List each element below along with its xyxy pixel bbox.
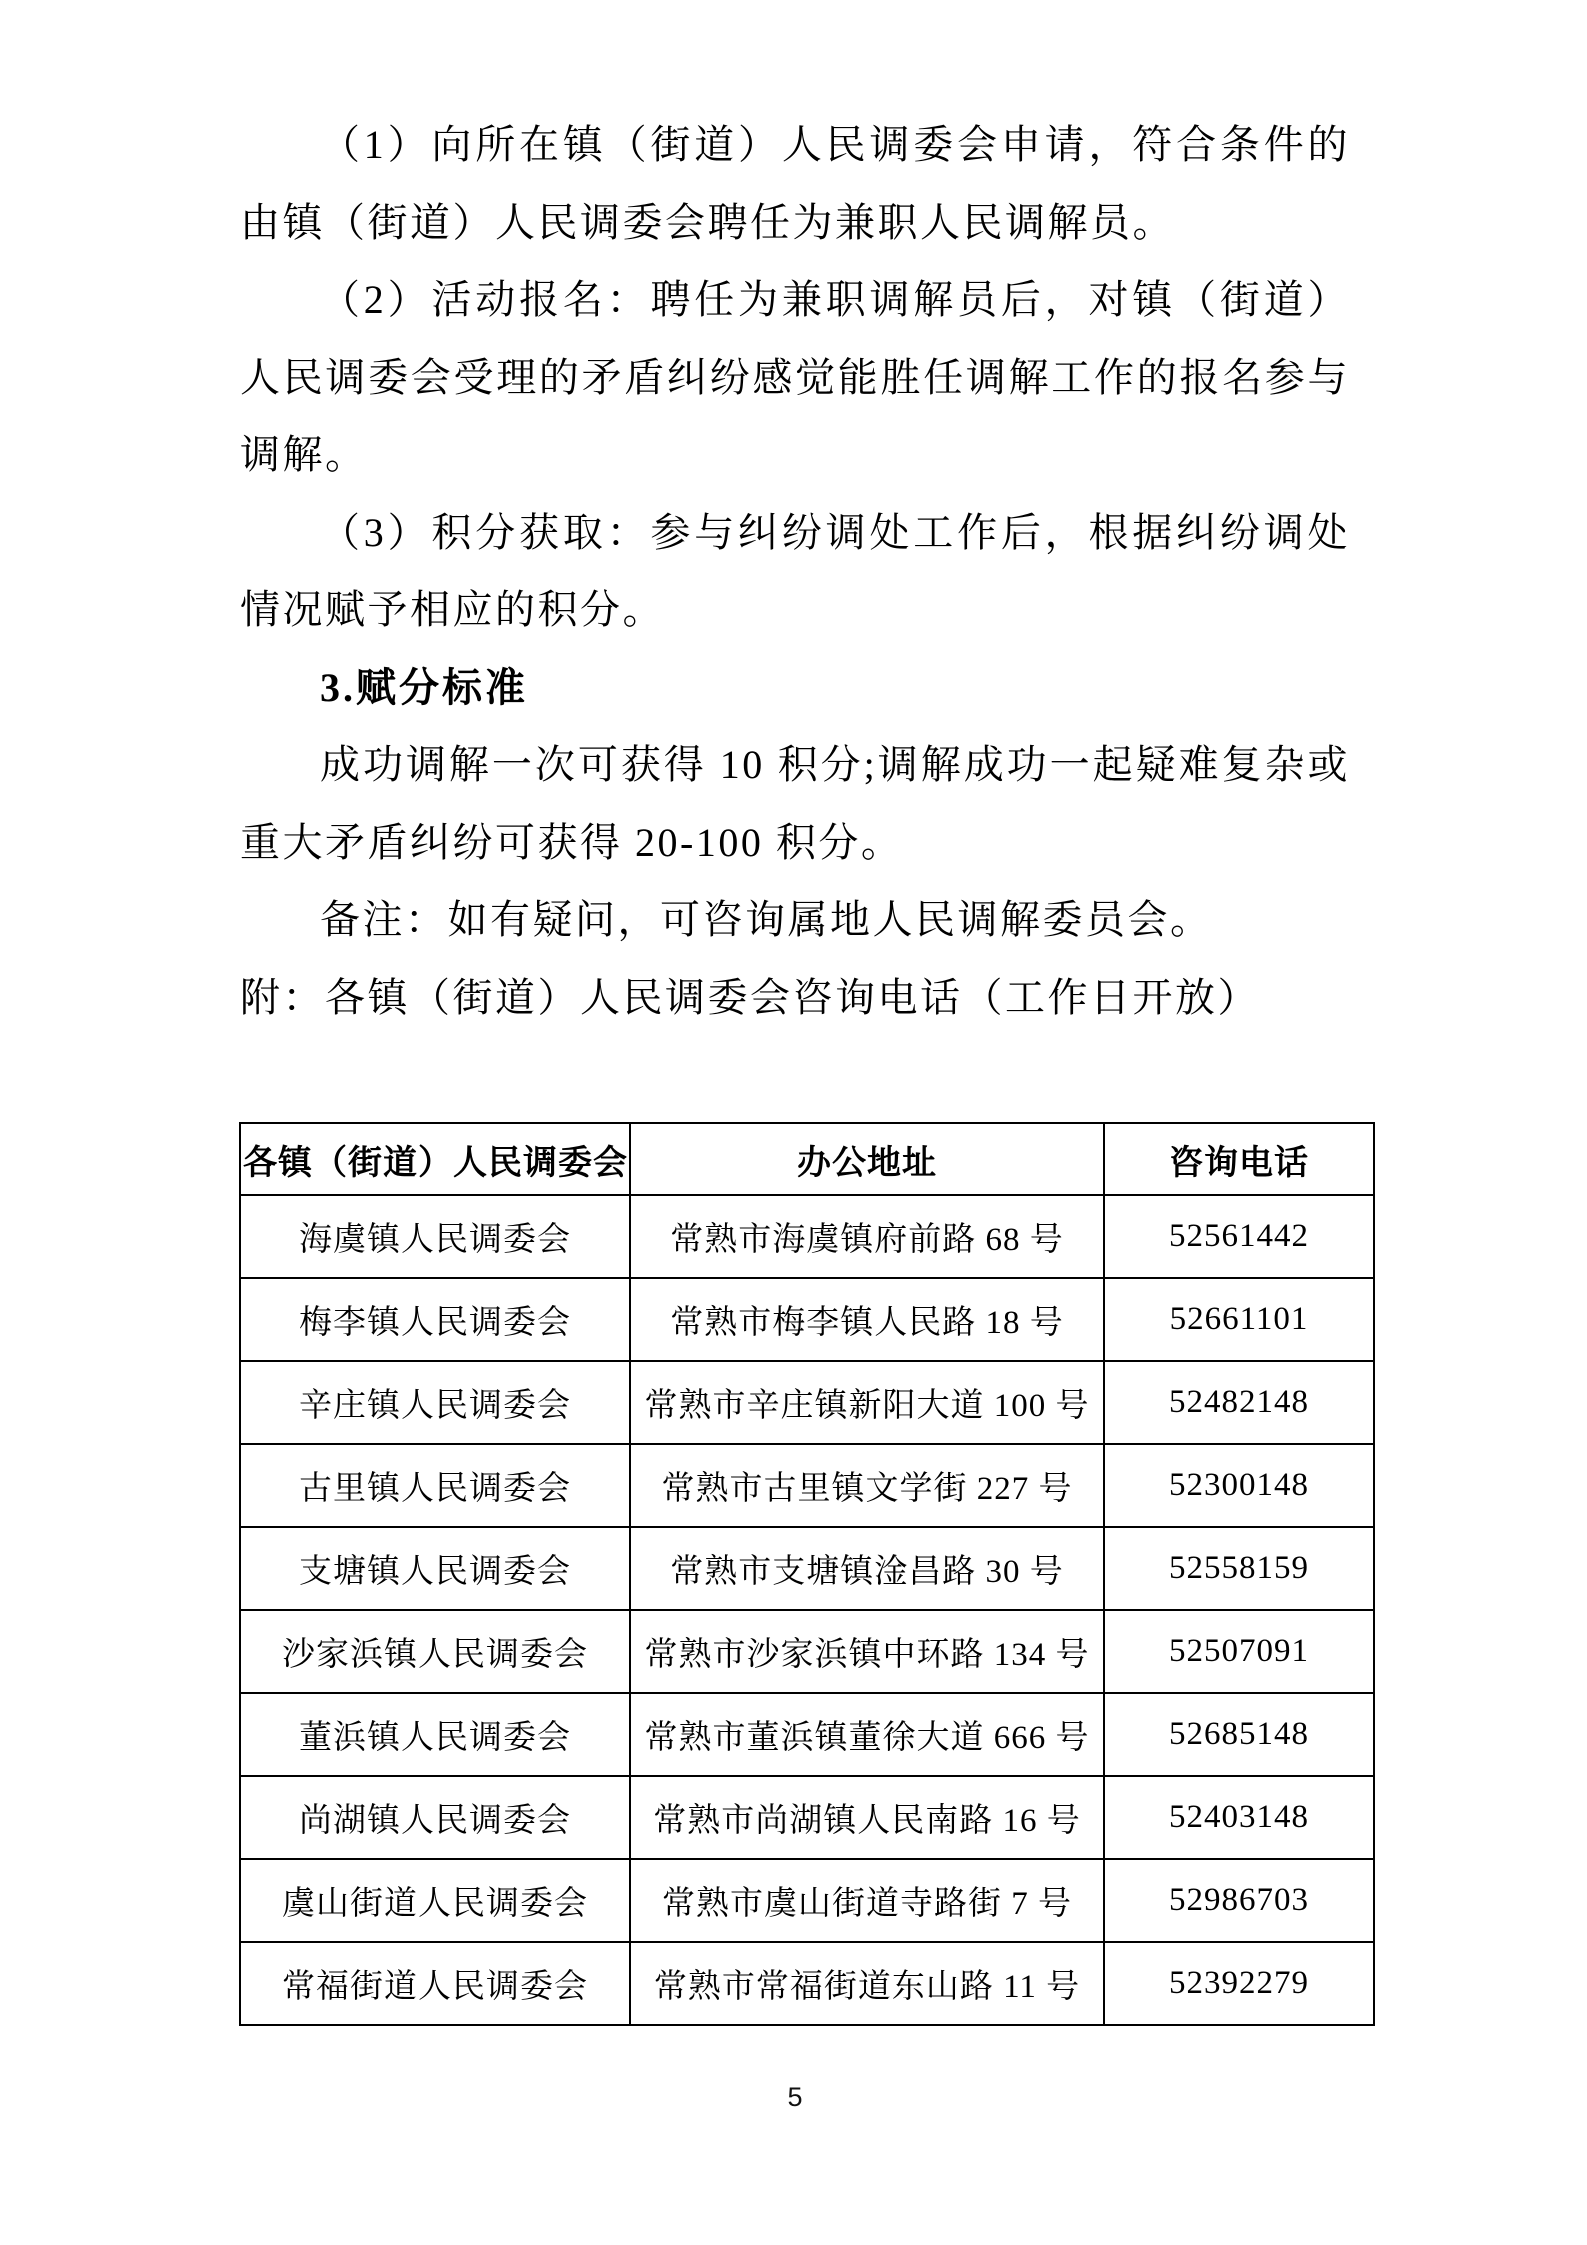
address-cell: 常熟市虞山街道寺路街 7 号 [630,1859,1104,1942]
committee-cell: 常福街道人民调委会 [240,1942,630,2025]
committee-cell: 沙家浜镇人民调委会 [240,1610,630,1693]
address-cell: 常熟市古里镇文学街 227 号 [630,1444,1104,1527]
paragraph: （3）积分获取：参与纠纷调处工作后，根据纠纷调处情况赋予相应的积分。 [240,494,1350,649]
table-row: 沙家浜镇人民调委会常熟市沙家浜镇中环路 134 号52507091 [240,1610,1374,1693]
table-row: 古里镇人民调委会常熟市古里镇文学街 227 号52300148 [240,1444,1374,1527]
address-cell: 常熟市支塘镇淦昌路 30 号 [630,1527,1104,1610]
table-row: 辛庄镇人民调委会常熟市辛庄镇新阳大道 100 号52482148 [240,1361,1374,1444]
committee-cell: 梅李镇人民调委会 [240,1278,630,1361]
paragraph: （2）活动报名：聘任为兼职调解员后，对镇（街道）人民调委会受理的矛盾纠纷感觉能胜… [240,261,1350,494]
committee-cell: 辛庄镇人民调委会 [240,1361,630,1444]
phone-cell: 52482148 [1104,1361,1374,1444]
table-row: 尚湖镇人民调委会常熟市尚湖镇人民南路 16 号52403148 [240,1776,1374,1859]
committee-cell: 尚湖镇人民调委会 [240,1776,630,1859]
table-header-row: 各镇（街道）人民调委会办公地址咨询电话 [240,1123,1374,1195]
paragraph: 成功调解一次可获得 10 积分;调解成功一起疑难复杂或重大矛盾纠纷可获得 20-… [240,726,1350,881]
column-header: 咨询电话 [1104,1123,1374,1195]
phone-cell: 52561442 [1104,1195,1374,1278]
address-cell: 常熟市辛庄镇新阳大道 100 号 [630,1361,1104,1444]
section-heading: 3.赋分标准 [240,649,1350,727]
committee-cell: 支塘镇人民调委会 [240,1527,630,1610]
phone-cell: 52507091 [1104,1610,1374,1693]
paragraph: （1）向所在镇（街道）人民调委会申请，符合条件的由镇（街道）人民调委会聘任为兼职… [240,106,1350,261]
table-row: 常福街道人民调委会常熟市常福街道东山路 11 号52392279 [240,1942,1374,2025]
address-cell: 常熟市常福街道东山路 11 号 [630,1942,1104,2025]
committee-cell: 海虞镇人民调委会 [240,1195,630,1278]
paragraph: 附：各镇（街道）人民调委会咨询电话（工作日开放） [240,959,1350,1037]
phone-cell: 52685148 [1104,1693,1374,1776]
contact-table: 各镇（街道）人民调委会办公地址咨询电话 海虞镇人民调委会常熟市海虞镇府前路 68… [239,1122,1375,2026]
page-number: 5 [240,2082,1350,2113]
table-row: 海虞镇人民调委会常熟市海虞镇府前路 68 号52561442 [240,1195,1374,1278]
phone-cell: 52986703 [1104,1859,1374,1942]
table-row: 董浜镇人民调委会常熟市董浜镇董徐大道 666 号52685148 [240,1693,1374,1776]
paragraph: 备注：如有疑问，可咨询属地人民调解委员会。 [240,881,1350,959]
document-page: （1）向所在镇（街道）人民调委会申请，符合条件的由镇（街道）人民调委会聘任为兼职… [0,0,1587,2245]
phone-cell: 52403148 [1104,1776,1374,1859]
address-cell: 常熟市海虞镇府前路 68 号 [630,1195,1104,1278]
phone-cell: 52661101 [1104,1278,1374,1361]
phone-cell: 52300148 [1104,1444,1374,1527]
address-cell: 常熟市梅李镇人民路 18 号 [630,1278,1104,1361]
column-header: 办公地址 [630,1123,1104,1195]
phone-cell: 52558159 [1104,1527,1374,1610]
phone-cell: 52392279 [1104,1942,1374,2025]
table-row: 虞山街道人民调委会常熟市虞山街道寺路街 7 号52986703 [240,1859,1374,1942]
committee-cell: 古里镇人民调委会 [240,1444,630,1527]
column-header: 各镇（街道）人民调委会 [240,1123,630,1195]
address-cell: 常熟市尚湖镇人民南路 16 号 [630,1776,1104,1859]
table-row: 支塘镇人民调委会常熟市支塘镇淦昌路 30 号52558159 [240,1527,1374,1610]
table-row: 梅李镇人民调委会常熟市梅李镇人民路 18 号52661101 [240,1278,1374,1361]
address-cell: 常熟市董浜镇董徐大道 666 号 [630,1693,1104,1776]
committee-cell: 虞山街道人民调委会 [240,1859,630,1942]
committee-cell: 董浜镇人民调委会 [240,1693,630,1776]
body-text: （1）向所在镇（街道）人民调委会申请，符合条件的由镇（街道）人民调委会聘任为兼职… [240,106,1350,1036]
address-cell: 常熟市沙家浜镇中环路 134 号 [630,1610,1104,1693]
